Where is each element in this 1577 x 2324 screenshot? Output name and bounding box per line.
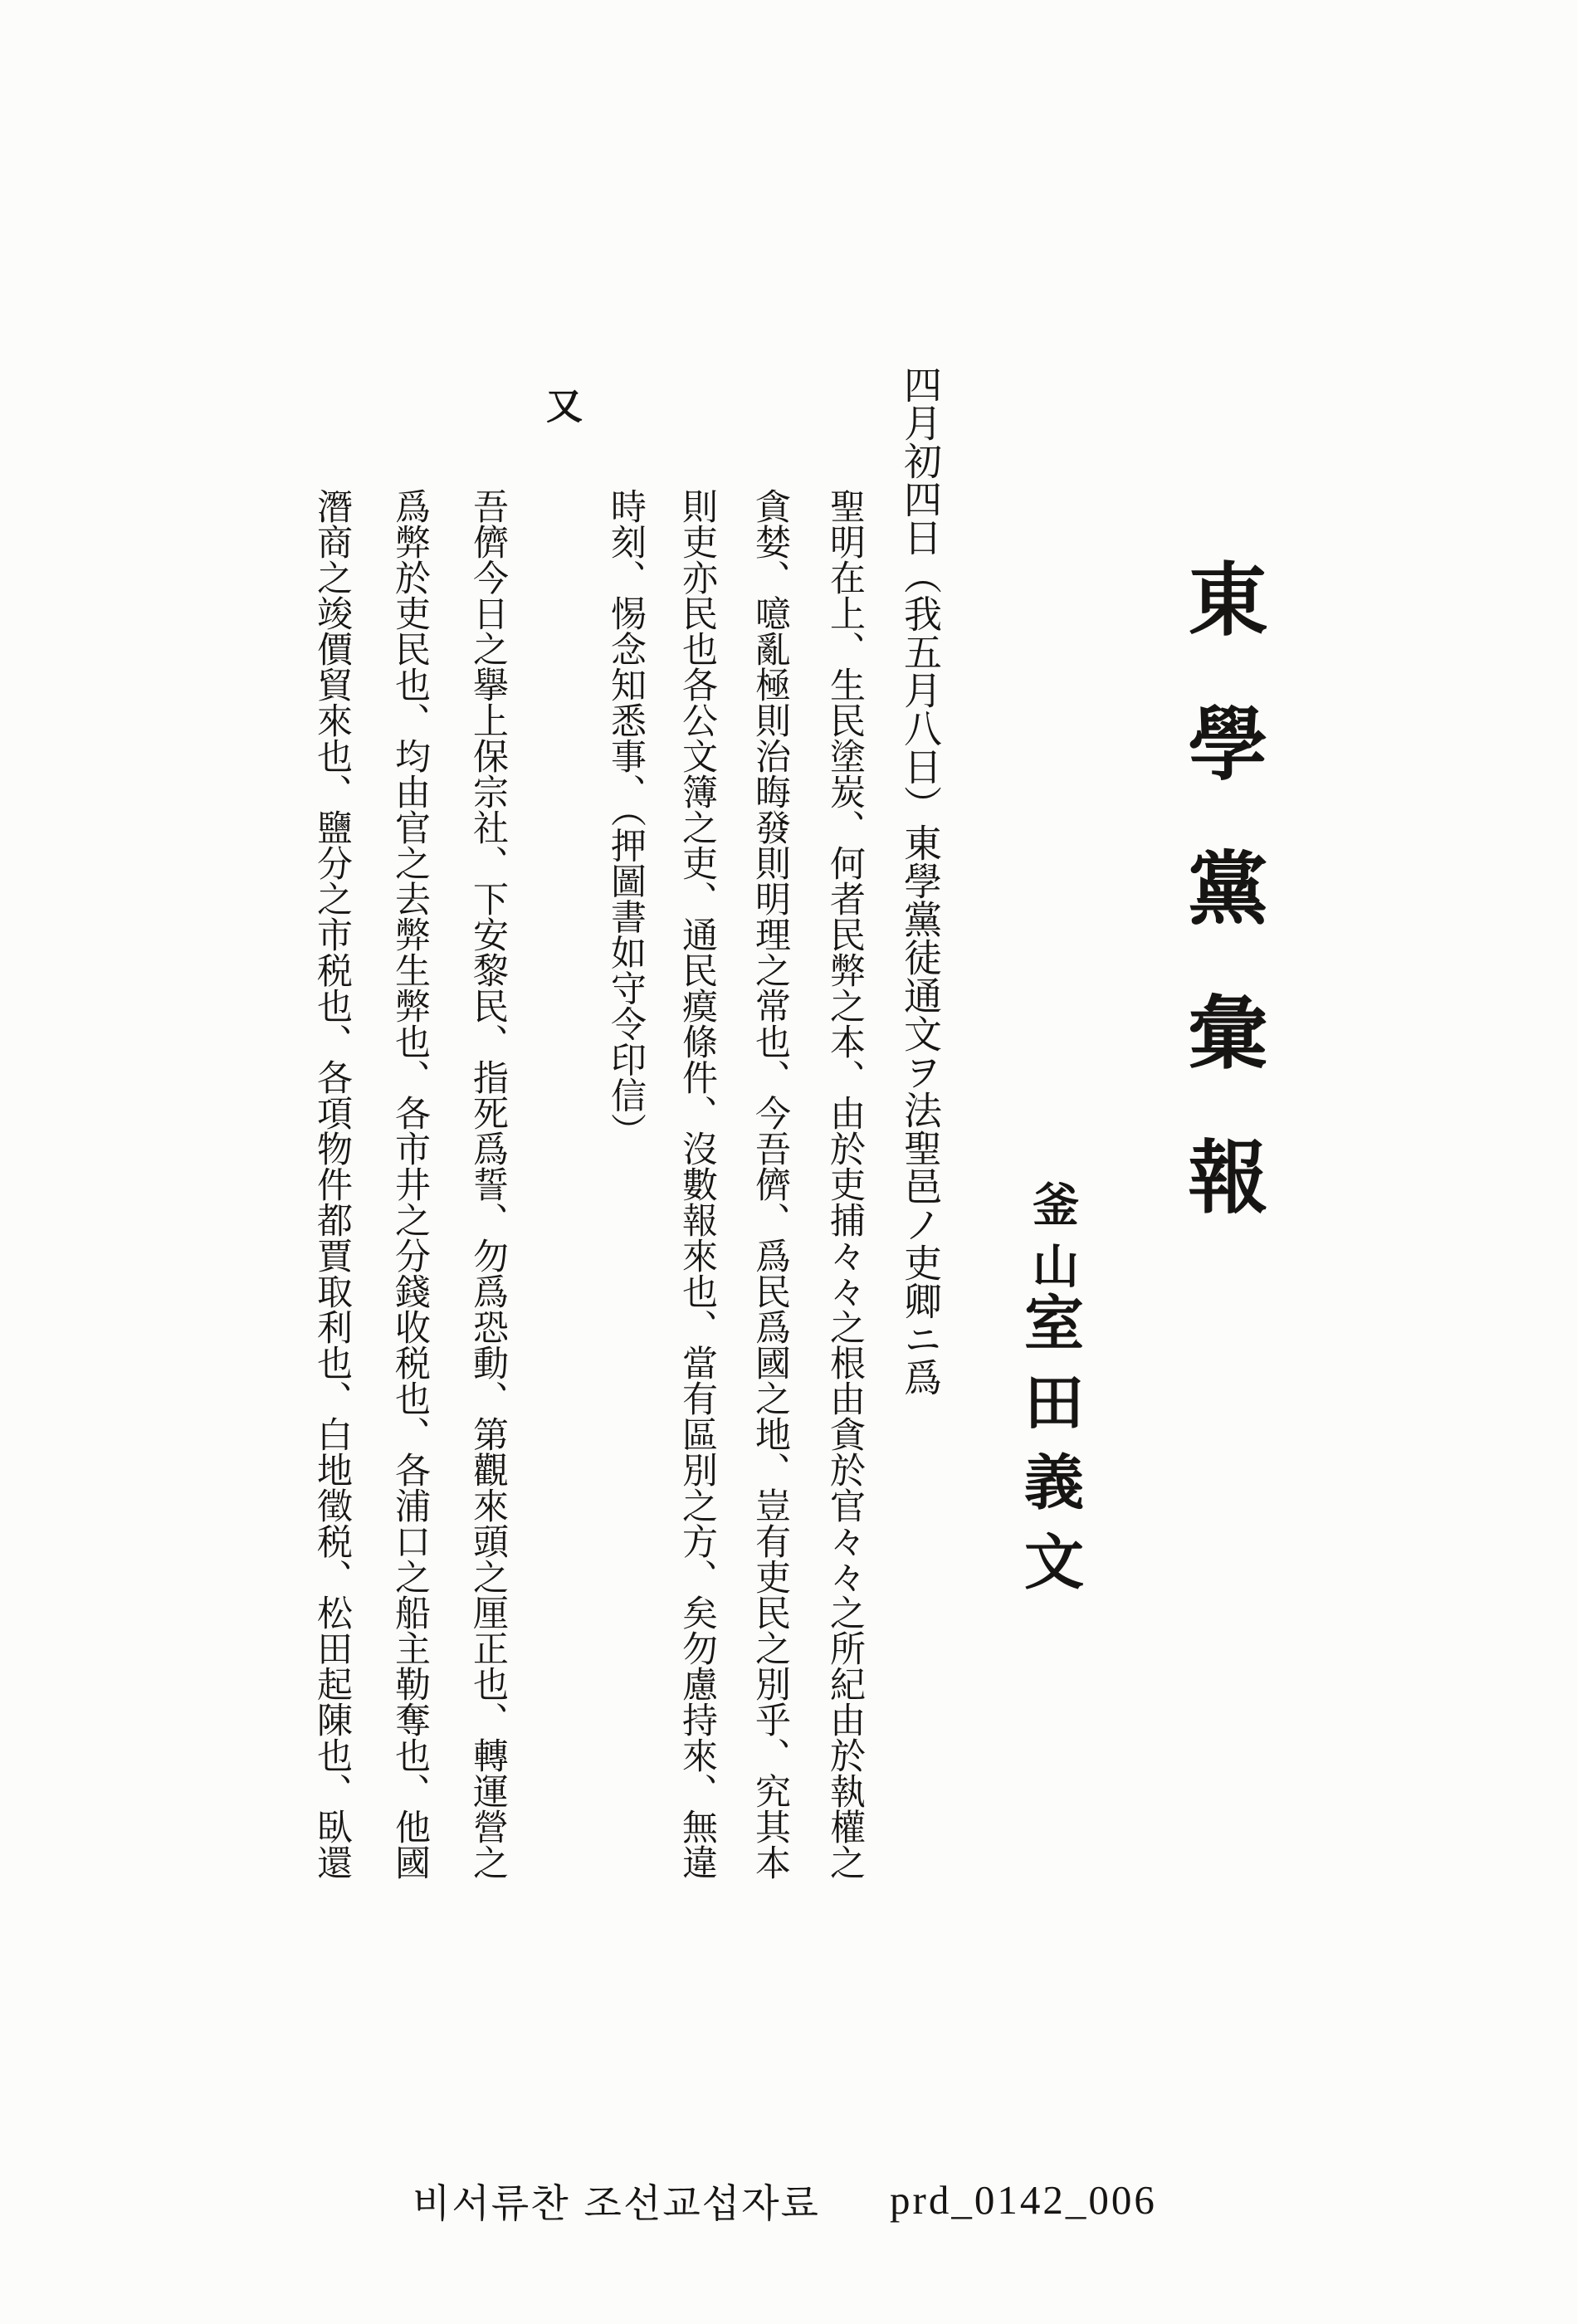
page-footer: 비서류찬 조선교섭자료 prd_0142_006	[0, 2173, 1577, 2231]
notice1-text-column-4: 時刻、惕念知悉事、（押圖書如守令印信）	[608, 488, 643, 1149]
notice2-text-column-1: 吾儕今日之擧上保宗社、下安黎民、指死爲誓、勿爲恐動、第觀來頭之厘正也、轉運營之	[470, 488, 505, 1880]
footer-source-title: 비서류찬 조선교섭자료	[413, 2173, 820, 2229]
date-heading-column: 四月初四日（我五月八日）東學黨徒通文ヲ法聖邑ノ吏卿ニ爲	[901, 365, 940, 1396]
footer-page-id: prd_0142_006	[890, 2176, 1157, 2224]
notice1-text-column-2: 貪婪、噫亂極則治晦發則明理之常也、今吾儕、爲民爲國之地、豈有吏民之別乎、究其本	[752, 488, 788, 1880]
notice1-text-column-3: 則吏亦民也各公文簿之吏、通民瘼條件、沒數報來也、當有區別之方、矣勿慮持來、無違	[679, 488, 715, 1880]
section-marker-again: 又	[542, 387, 579, 423]
notice2-text-column-3: 潛商之竣價貿來也、鹽分之市税也、各項物件都賈取利也、白地徵税、松田起陳也、臥還	[314, 488, 349, 1880]
byline-author-name: 室田義文	[1019, 1291, 1079, 1610]
notice2-text-column-2: 爲弊於吏民也、均由官之去弊生弊也、各市井之分錢收税也、各浦口之船主勒奪也、他國	[392, 488, 427, 1880]
notice1-text-column-1: 聖明在上、生民塗炭、何者民弊之本、由於吏捕々々之根由貪於官々々之所紀由於執權之	[827, 488, 862, 1880]
scanned-document-page: 東學黨彙報 釜山 室田義文 四月初四日（我五月八日）東學黨徒通文ヲ法聖邑ノ吏卿ニ…	[0, 0, 1577, 2324]
byline-place: 釜山	[1029, 1180, 1076, 1303]
document-title: 東學黨彙報	[1182, 558, 1262, 1280]
